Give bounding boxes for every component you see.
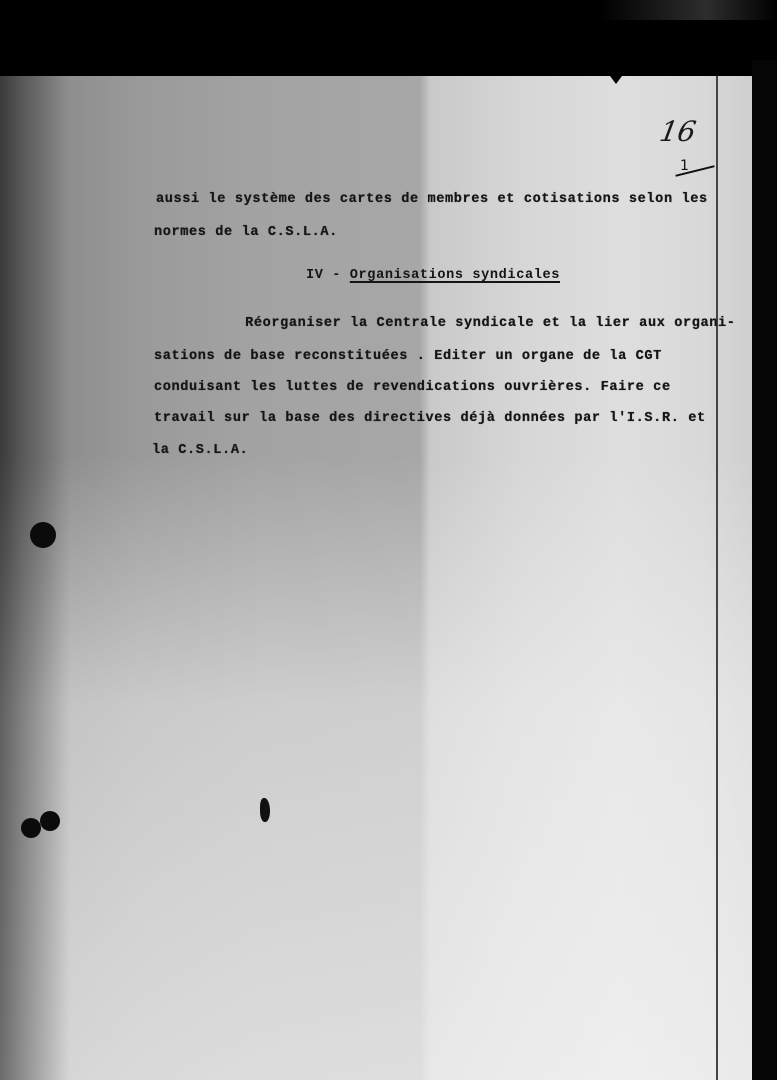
paragraph-2-line-1: Réorganiser la Centrale syndicale et la … bbox=[140, 316, 736, 331]
paragraph-1-line-1: aussi le système des cartes de membres e… bbox=[156, 192, 708, 207]
document-page bbox=[0, 76, 752, 1080]
paragraph-2-line-5: la C.S.L.A. bbox=[152, 443, 248, 458]
page-number-handwritten: 16 bbox=[657, 115, 698, 148]
paragraph-1-line-2: normes de la C.S.L.A. bbox=[154, 225, 338, 240]
ink-smudge bbox=[260, 798, 270, 822]
scan-edge bbox=[752, 60, 777, 1080]
section-numeral: IV - bbox=[306, 268, 350, 283]
page-notch bbox=[610, 76, 622, 84]
paragraph-2-line-3: conduisant les luttes de revendications … bbox=[154, 380, 671, 395]
section-heading: IV - Organisations syndicales bbox=[306, 268, 560, 283]
punch-hole bbox=[21, 818, 41, 838]
paragraph-2-line-2: sations de base reconstituées . Editer u… bbox=[154, 349, 662, 364]
page-shadow bbox=[0, 76, 70, 1080]
scan-glare bbox=[600, 0, 777, 20]
punch-hole bbox=[30, 522, 56, 548]
punch-hole bbox=[40, 811, 60, 831]
section-title: Organisations syndicales bbox=[350, 268, 560, 283]
paragraph-2-line-4: travail sur la base des directives déjà … bbox=[154, 411, 706, 426]
margin-line bbox=[716, 76, 718, 1080]
page-fade bbox=[0, 456, 752, 1080]
